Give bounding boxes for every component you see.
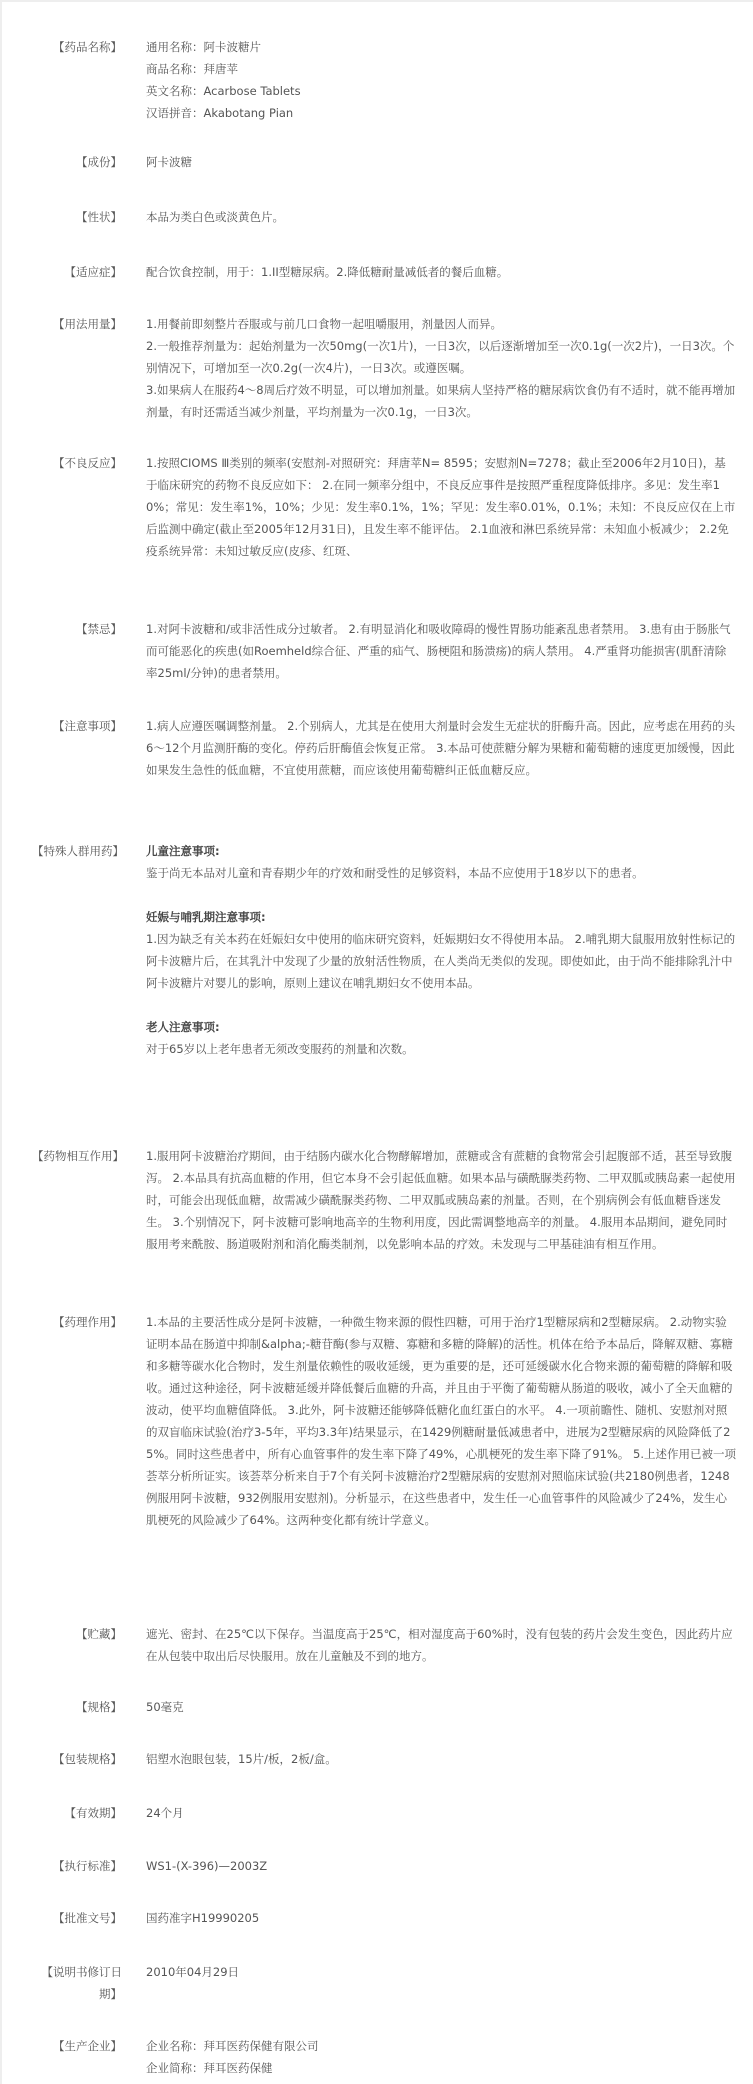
- section-label: 【禁忌】: [4, 618, 122, 640]
- section-content: 配合饮食控制，用于：1.II型糖尿病。2.降低糖耐量减低者的餐后血糖。: [146, 261, 736, 283]
- section-label: 【说明书修订日期】: [4, 1961, 122, 2005]
- section-label: 【药理作用】: [4, 1311, 122, 1333]
- section-label: 【包装规格】: [4, 1748, 122, 1770]
- section-label: 【注意事项】: [4, 715, 122, 737]
- sub-text: 对于65岁以上老年患者无须改变服药的剂量和次数。: [146, 1038, 736, 1060]
- dosage-item: 2.一般推荐剂量为：起始剂量为一次50mg(一次1片)，一日3次，以后逐渐增加至…: [146, 335, 736, 379]
- section-label: 【不良反应】: [4, 452, 122, 474]
- generic-name: 通用名称：阿卡波糖片: [146, 36, 736, 58]
- section-interactions: 【药物相互作用】 1.服用阿卡波糖治疗期间，由于结肠内碳水化合物酵解增加，蔗糖或…: [4, 1145, 753, 1255]
- section-content: 阿卡波糖: [146, 151, 736, 173]
- section-label: 【生产企业】: [4, 2035, 122, 2057]
- section-contraindications: 【禁忌】 1.对阿卡波糖和/或非活性成分过敏者。 2.有明显消化和吸收障碍的慢性…: [4, 618, 753, 684]
- section-content: 1.服用阿卡波糖治疗期间，由于结肠内碳水化合物酵解增加，蔗糖或含有蔗糖的食物常会…: [146, 1145, 736, 1255]
- section-drug-name: 【药品名称】 通用名称：阿卡波糖片 商品名称：拜唐苹 英文名称：Acarbose…: [4, 36, 753, 124]
- section-pharmacology: 【药理作用】 1.本品的主要活性成分是阿卡波糖，一种微生物来源的假性四糖，可用于…: [4, 1311, 753, 1531]
- section-packaging: 【包装规格】 铝塑水泡眼包装，15片/板，2板/盒。: [4, 1748, 753, 1770]
- pinyin-name: 汉语拼音：Akabotang Pian: [146, 102, 736, 124]
- section-manufacturer: 【生产企业】 企业名称：拜耳医药保健有限公司 企业简称：拜耳医药保健: [4, 2035, 753, 2079]
- section-content: 1.病人应遵医嘱调整剂量。 2.个别病人，尤其是在使用大剂量时会发生无症状的肝酶…: [146, 715, 736, 781]
- section-label: 【规格】: [4, 1696, 122, 1718]
- section-ingredients: 【成份】 阿卡波糖: [4, 151, 753, 173]
- section-label: 【性状】: [4, 206, 122, 228]
- section-content: 儿童注意事项: 鉴于尚无本品对儿童和青春期少年的疗效和耐受性的足够资料，本品不应…: [146, 840, 736, 1060]
- children-block: 儿童注意事项: 鉴于尚无本品对儿童和青春期少年的疗效和耐受性的足够资料，本品不应…: [146, 840, 736, 884]
- section-content: 1.本品的主要活性成分是阿卡波糖，一种微生物来源的假性四糖，可用于治疗1型糖尿病…: [146, 1311, 736, 1531]
- section-approval-number: 【批准文号】 国药准字H19990205: [4, 1907, 753, 1929]
- section-content: 2010年04月29日: [146, 1961, 736, 1983]
- section-label: 【药物相互作用】: [4, 1145, 122, 1167]
- drug-insert-page: 【药品名称】 通用名称：阿卡波糖片 商品名称：拜唐苹 英文名称：Acarbose…: [0, 0, 753, 2084]
- section-content: 24个月: [146, 1802, 736, 1824]
- sub-text: 1.因为缺乏有关本药在妊娠妇女中使用的临床研究资料，妊娠期妇女不得使用本品。 2…: [146, 928, 736, 994]
- section-strength: 【规格】 50毫克: [4, 1696, 753, 1718]
- section-content: 通用名称：阿卡波糖片 商品名称：拜唐苹 英文名称：Acarbose Tablet…: [146, 36, 736, 124]
- sub-heading: 儿童注意事项:: [146, 840, 736, 862]
- section-content: 1.对阿卡波糖和/或非活性成分过敏者。 2.有明显消化和吸收障碍的慢性胃肠功能紊…: [146, 618, 736, 684]
- dosage-item: 3.如果病人在服药4～8周后疗效不明显，可以增加剂量。如果病人坚持严格的糖尿病饮…: [146, 379, 736, 423]
- section-content: 50毫克: [146, 1696, 736, 1718]
- section-content: 铝塑水泡眼包装，15片/板，2板/盒。: [146, 1748, 736, 1770]
- section-adverse-reactions: 【不良反应】 1.按照CIOMS Ⅲ类别的频率(安慰剂-对照研究：拜唐苹N= 8…: [4, 452, 753, 562]
- elderly-block: 老人注意事项: 对于65岁以上老年患者无须改变服药的剂量和次数。: [146, 1016, 736, 1060]
- english-name: 英文名称：Acarbose Tablets: [146, 80, 736, 102]
- section-content: 1.用餐前即刻整片吞服或与前几口食物一起咀嚼服用，剂量因人而异。 2.一般推荐剂…: [146, 313, 736, 423]
- section-content: 本品为类白色或淡黄色片。: [146, 206, 736, 228]
- section-content: 1.按照CIOMS Ⅲ类别的频率(安慰剂-对照研究：拜唐苹N= 8595；安慰剂…: [146, 452, 736, 562]
- section-precautions: 【注意事项】 1.病人应遵医嘱调整剂量。 2.个别病人，尤其是在使用大剂量时会发…: [4, 715, 753, 781]
- section-storage: 【贮藏】 遮光、密封、在25℃以下保存。当温度高于25℃，相对湿度高于60%时，…: [4, 1623, 753, 1667]
- section-content: 企业名称：拜耳医药保健有限公司 企业简称：拜耳医药保健: [146, 2035, 736, 2079]
- section-standard: 【执行标准】 WS1-(X-396)—2003Z: [4, 1855, 753, 1877]
- sub-heading: 妊娠与哺乳期注意事项:: [146, 906, 736, 928]
- section-shelf-life: 【有效期】 24个月: [4, 1802, 753, 1824]
- section-label: 【特殊人群用药】: [4, 840, 122, 862]
- section-content: 国药准字H19990205: [146, 1907, 736, 1929]
- section-dosage: 【用法用量】 1.用餐前即刻整片吞服或与前几口食物一起咀嚼服用，剂量因人而异。 …: [4, 313, 753, 423]
- section-label: 【贮藏】: [4, 1623, 122, 1645]
- section-label: 【批准文号】: [4, 1907, 122, 1929]
- company-name: 企业名称：拜耳医药保健有限公司: [146, 2035, 736, 2057]
- brand-name: 商品名称：拜唐苹: [146, 58, 736, 80]
- section-label: 【有效期】: [4, 1802, 122, 1824]
- pregnancy-block: 妊娠与哺乳期注意事项: 1.因为缺乏有关本药在妊娠妇女中使用的临床研究资料，妊娠…: [146, 906, 736, 994]
- section-label: 【适应症】: [4, 261, 122, 283]
- section-label: 【执行标准】: [4, 1855, 122, 1877]
- sub-text: 鉴于尚无本品对儿童和青春期少年的疗效和耐受性的足够资料，本品不应使用于18岁以下…: [146, 862, 736, 884]
- section-content: WS1-(X-396)—2003Z: [146, 1855, 736, 1877]
- section-label: 【成份】: [4, 151, 122, 173]
- section-label: 【用法用量】: [4, 313, 122, 335]
- company-short-name: 企业简称：拜耳医药保健: [146, 2057, 736, 2079]
- sub-heading: 老人注意事项:: [146, 1016, 736, 1038]
- section-appearance: 【性状】 本品为类白色或淡黄色片。: [4, 206, 753, 228]
- section-revision-date: 【说明书修订日期】 2010年04月29日: [4, 1961, 753, 2005]
- section-content: 遮光、密封、在25℃以下保存。当温度高于25℃，相对湿度高于60%时，没有包装的…: [146, 1623, 736, 1667]
- section-special-populations: 【特殊人群用药】 儿童注意事项: 鉴于尚无本品对儿童和青春期少年的疗效和耐受性的…: [4, 840, 753, 1060]
- section-label: 【药品名称】: [4, 36, 122, 58]
- dosage-item: 1.用餐前即刻整片吞服或与前几口食物一起咀嚼服用，剂量因人而异。: [146, 313, 736, 335]
- section-indications: 【适应症】 配合饮食控制，用于：1.II型糖尿病。2.降低糖耐量减低者的餐后血糖…: [4, 261, 753, 283]
